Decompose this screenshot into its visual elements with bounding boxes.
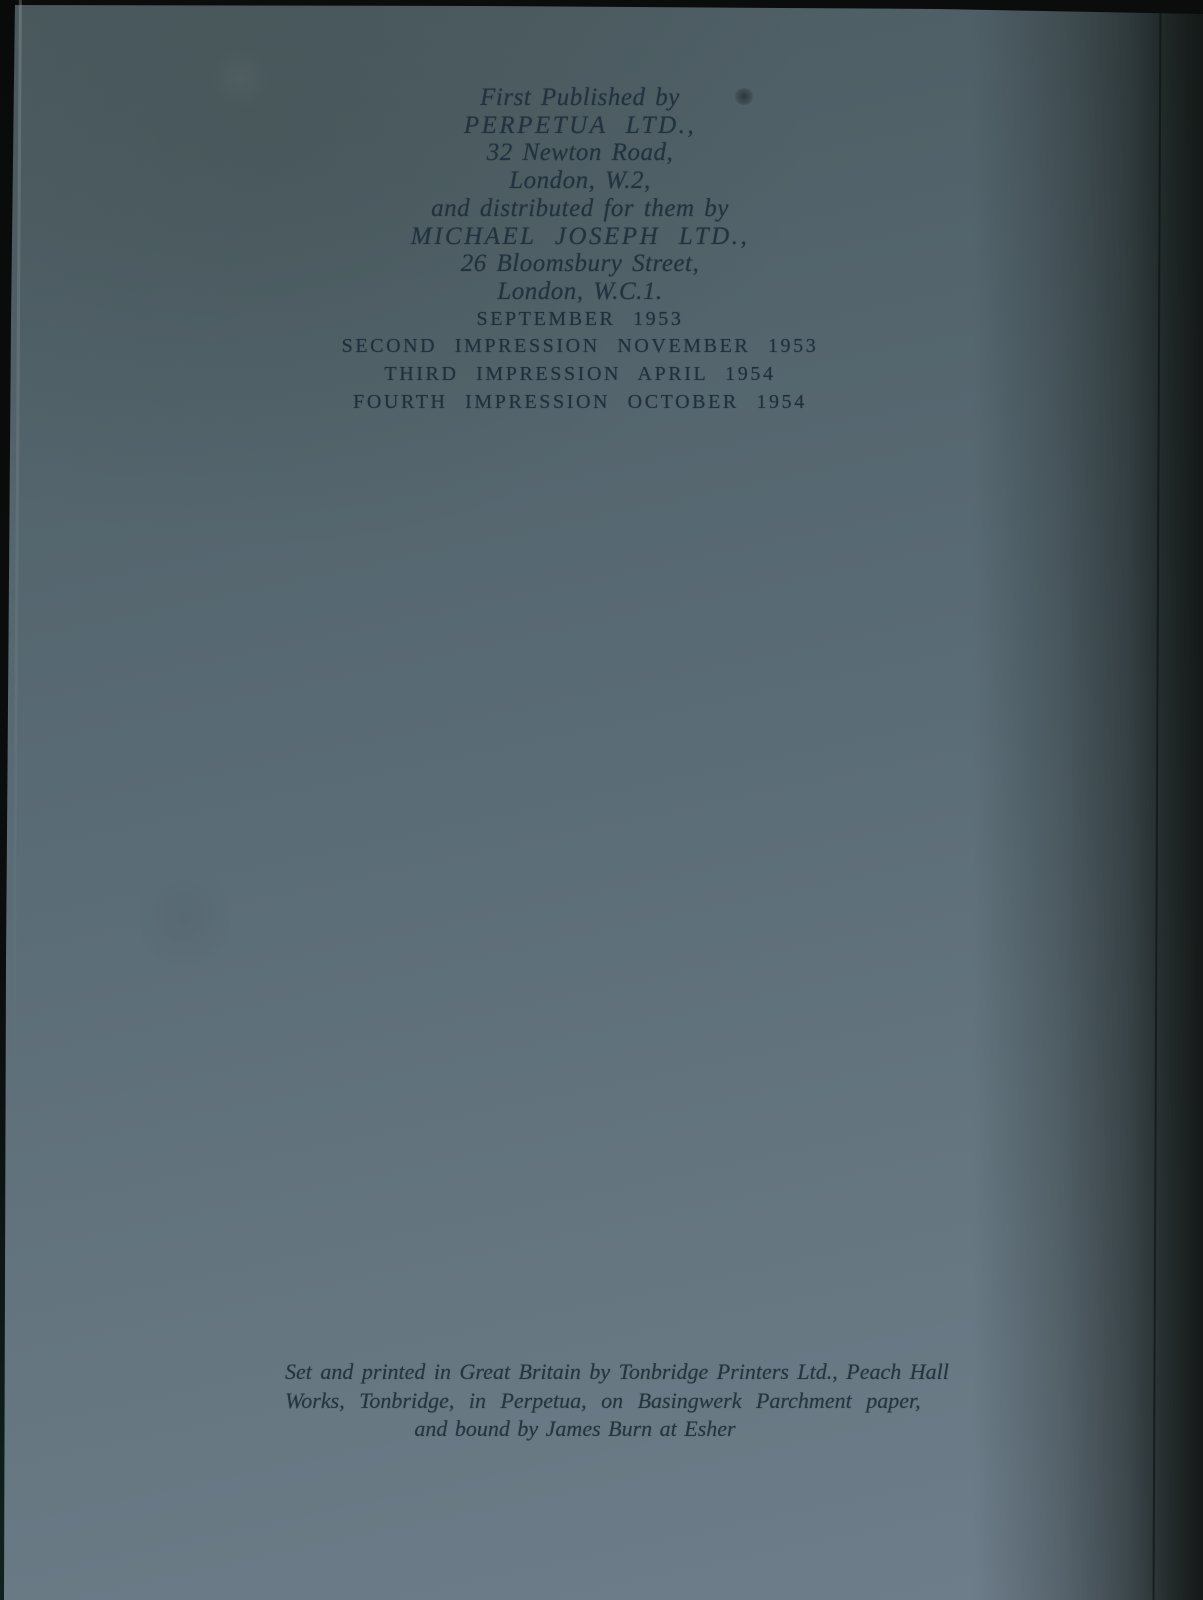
imprint-line-address-3: 26 Bloomsbury Street, bbox=[200, 250, 960, 278]
scanned-book-page: First Published by PERPETUA LTD., 32 New… bbox=[0, 0, 1203, 1600]
imprint-line-distributed-by: and distributed for them by bbox=[200, 195, 960, 223]
imprint-line-first-published: First Published by bbox=[200, 84, 960, 112]
colophon-line-3: and bound by James Burn at Esher bbox=[285, 1415, 865, 1444]
imprint-line-address-1: 32 Newton Road, bbox=[200, 139, 960, 167]
imprint-line-address-2: London, W.2, bbox=[200, 167, 960, 195]
imprint-line-address-4: London, W.C.1. bbox=[200, 278, 960, 306]
paper-stain-top-left bbox=[205, 48, 275, 108]
printer-colophon-block: Set and printed in Great Britain by Tonb… bbox=[285, 1358, 865, 1444]
ink-smudge-blemish bbox=[734, 88, 754, 105]
paper-stain-middle-left bbox=[140, 860, 230, 980]
imprint-line-fourth-impression: FOURTH IMPRESSION OCTOBER 1954 bbox=[200, 389, 960, 417]
imprint-line-third-impression: THIRD IMPRESSION APRIL 1954 bbox=[200, 361, 960, 389]
imprint-line-distributor: MICHAEL JOSEPH LTD., bbox=[200, 223, 960, 251]
imprint-line-first-date: SEPTEMBER 1953 bbox=[200, 306, 960, 334]
publisher-imprint-block: First Published by PERPETUA LTD., 32 New… bbox=[200, 84, 960, 416]
colophon-line-1: Set and printed in Great Britain by Tonb… bbox=[285, 1358, 865, 1387]
colophon-line-2: Works, Tonbridge, in Perpetua, on Basing… bbox=[285, 1387, 865, 1416]
page-gutter-shadow bbox=[973, 0, 1203, 1600]
imprint-line-publisher-name: PERPETUA LTD., bbox=[200, 112, 960, 140]
imprint-line-second-impression: SECOND IMPRESSION NOVEMBER 1953 bbox=[200, 333, 960, 361]
